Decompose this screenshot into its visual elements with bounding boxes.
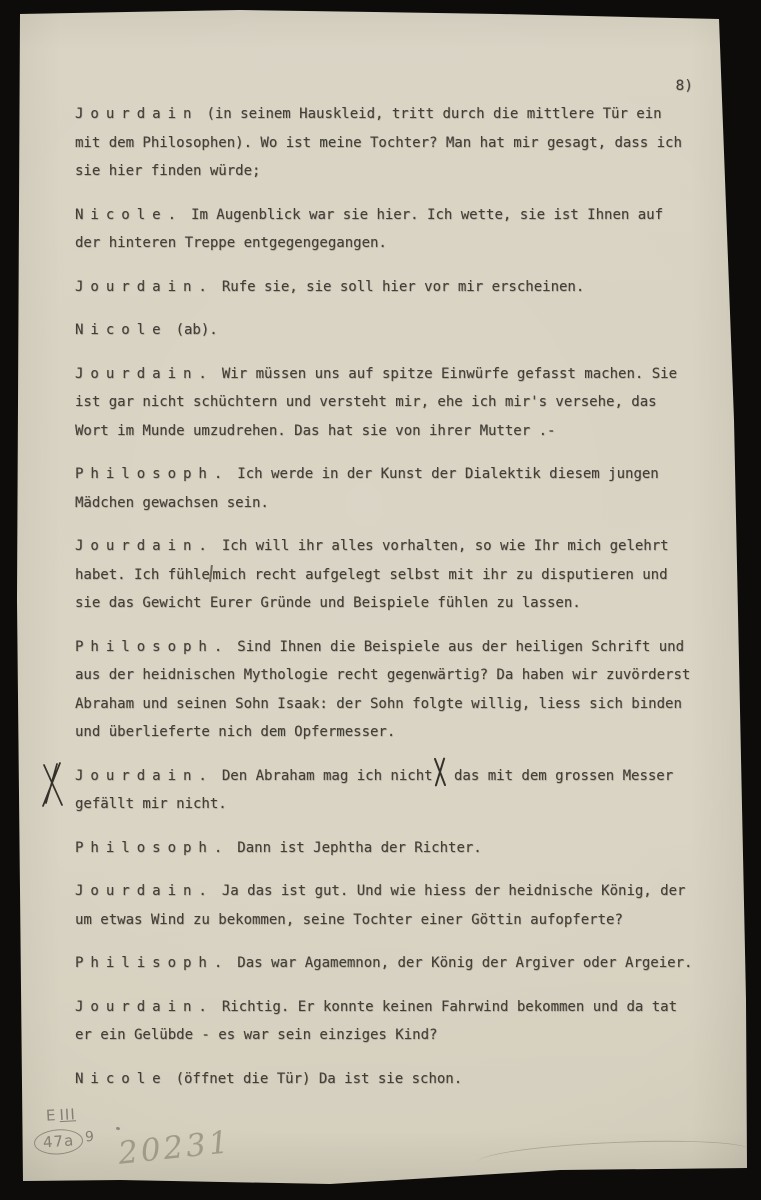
page-number: 8) [75, 78, 693, 94]
speaker-name: Nicole [75, 322, 168, 338]
dialogue-line: sie hier finden würde; [75, 157, 700, 186]
speaker-name: Jourdain. [75, 999, 214, 1015]
typescript-page: 8) Jourdain(in seinem Hauskleid, tritt d… [0, 0, 761, 1200]
paper-crease [477, 1136, 750, 1182]
archive-code-numeral: III [59, 1105, 76, 1124]
dialogue: Jourdain(in seinem Hauskleid, tritt durc… [75, 100, 700, 1108]
dialogue-paragraph: Nicole(ab). [75, 316, 700, 345]
dialogue-line: um etwas Wind zu bekommen, seine Tochter… [75, 906, 700, 935]
dialogue-line: Jourdain.Richtig. Er konnte keinen Fahrw… [75, 993, 700, 1022]
dialogue-paragraph: Nicole.Im Augenblick war sie hier. Ich w… [75, 201, 700, 258]
dialogue-line: habet. Ich fühlemich recht aufgelegt sel… [75, 561, 700, 590]
dialogue-line: und überlieferte nich dem Opfermesser. [75, 718, 700, 747]
dialogue-line: Jourdain.Ja das ist gut. Und wie hiess d… [75, 877, 700, 906]
dialogue-line: Philosoph.Ich werde in der Kunst der Dia… [75, 460, 700, 489]
speaker-name: Philosoph. [75, 840, 229, 856]
crossout-x-mark [433, 765, 446, 783]
dialogue-line: der hinteren Treppe entgegengegangen. [75, 229, 700, 258]
dialogue-line: Philisoph.Das war Agamemnon, der König d… [75, 949, 700, 978]
dialogue-line: Jourdain.Ich will ihr alles vorhalten, s… [75, 532, 700, 561]
dialogue-line: sie das Gewicht Eurer Gründe und Beispie… [75, 589, 700, 618]
dialogue-paragraph: Philosoph.Sind Ihnen die Beispiele aus d… [75, 633, 700, 747]
dialogue-line: Abraham und seinen Sohn Isaak: der Sohn … [75, 690, 700, 719]
dialogue-paragraph: Jourdain.Richtig. Er konnte keinen Fahrw… [75, 993, 700, 1050]
dialogue-paragraph: Jourdain.Wir müssen uns auf spitze Einwü… [75, 360, 700, 446]
circled-number: 47a [33, 1128, 84, 1156]
circled-number-annotation: 47a9 [33, 1127, 95, 1156]
dialogue-paragraph: Nicole(öffnet die Tür) Da ist sie schon. [75, 1065, 700, 1094]
dialogue-line: Jourdain.Rufe sie, sie soll hier vor mir… [75, 273, 700, 302]
dialogue-line: er ein Gelübde - es war sein einziges Ki… [75, 1021, 700, 1050]
dialogue-paragraph: Jourdain.Den Abraham mag ich nicht das m… [75, 762, 700, 819]
dialogue-line: Philosoph.Dann ist Jephtha der Richter. [75, 834, 700, 863]
dialogue-paragraph: Jourdain.Ja das ist gut. Und wie hiess d… [75, 877, 700, 934]
circle-suffix: 9 [84, 1129, 94, 1146]
speaker-name: Jourdain. [75, 366, 214, 382]
dialogue-line: Nicole(ab). [75, 316, 700, 345]
pencil-dot [116, 1126, 121, 1130]
dialogue-line: Jourdain(in seinem Hauskleid, tritt durc… [75, 100, 700, 129]
speaker-name: Jourdain. [75, 768, 214, 784]
insertion-stroke [209, 564, 212, 581]
speaker-name: Jourdain. [75, 538, 214, 554]
speaker-name: Philosoph. [75, 639, 229, 655]
dialogue-paragraph: Jourdain.Ich will ihr alles vorhalten, s… [75, 532, 700, 618]
dialogue-paragraph: Philosoph.Dann ist Jephtha der Richter. [75, 834, 700, 863]
scan-background: 8) Jourdain(in seinem Hauskleid, tritt d… [0, 0, 761, 1200]
speaker-name: Philosoph. [75, 466, 229, 482]
dialogue-line: gefällt mir nicht. [75, 790, 700, 819]
dialogue-paragraph: Jourdain(in seinem Hauskleid, tritt durc… [75, 100, 700, 186]
speaker-name: Jourdain. [75, 883, 214, 899]
dialogue-paragraph: Philosoph.Ich werde in der Kunst der Dia… [75, 460, 700, 517]
dialogue-line: Mädchen gewachsen sein. [75, 489, 700, 518]
speaker-name: Nicole [75, 1071, 168, 1087]
dialogue-line: ist gar nicht schüchtern und versteht mi… [75, 388, 700, 417]
speaker-name: Jourdain. [75, 279, 214, 295]
dialogue-line: Nicole.Im Augenblick war sie hier. Ich w… [75, 201, 700, 230]
speaker-name: Nicole. [75, 207, 183, 223]
dialogue-line: aus der heidnischen Mythologie recht geg… [75, 661, 700, 690]
dialogue-line: Jourdain.Wir müssen uns auf spitze Einwü… [75, 360, 700, 389]
pencil-number-annotation: 20231 [116, 1124, 233, 1172]
archive-code-label: E [46, 1106, 57, 1125]
dialogue-line: Wort im Munde umzudrehen. Das hat sie vo… [75, 417, 700, 446]
dialogue-paragraph: Philisoph.Das war Agamemnon, der König d… [75, 949, 700, 978]
dialogue-line: Jourdain.Den Abraham mag ich nicht das m… [75, 762, 700, 791]
archive-code-annotation: EIII [46, 1105, 77, 1125]
speaker-name: Philisoph. [75, 955, 229, 971]
dialogue-paragraph: Jourdain.Rufe sie, sie soll hier vor mir… [75, 273, 700, 302]
margin-x-mark [40, 762, 66, 808]
dialogue-line: Philosoph.Sind Ihnen die Beispiele aus d… [75, 633, 700, 662]
dialogue-line: Nicole(öffnet die Tür) Da ist sie schon. [75, 1065, 700, 1094]
speaker-name: Jourdain [75, 106, 198, 122]
dialogue-line: mit dem Philosophen). Wo ist meine Tocht… [75, 129, 700, 158]
